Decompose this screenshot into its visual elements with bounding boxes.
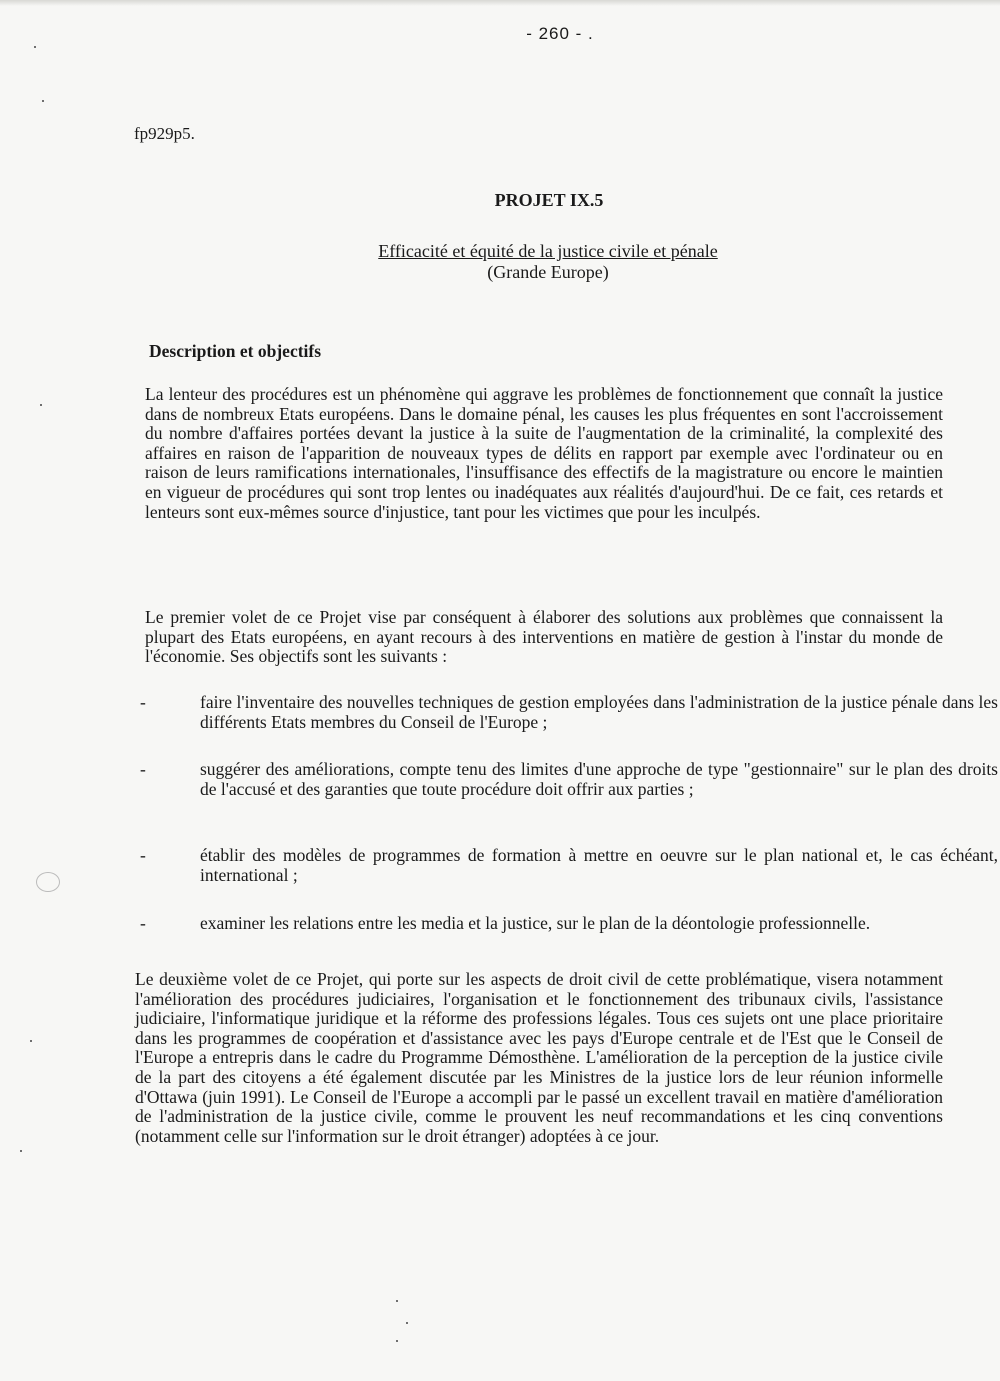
document-page: - 260 - . fp929p5. PROJET IX.5 Efficacit…	[0, 0, 1000, 1381]
project-subtitle: Efficacité et équité de la justice civil…	[0, 241, 1000, 283]
scan-edge	[0, 0, 1000, 6]
list-item-text: faire l'inventaire des nouvelles techniq…	[200, 692, 998, 732]
bullet-dash: -	[140, 760, 146, 780]
scan-speck	[396, 1340, 398, 1342]
list-item-text: établir des modèles de programmes de for…	[200, 845, 998, 885]
scan-speck	[30, 1040, 32, 1042]
project-title: PROJET IX.5	[0, 190, 1000, 211]
list-item: - faire l'inventaire des nouvelles techn…	[140, 693, 998, 732]
scan-speck	[34, 46, 36, 48]
scan-speck	[40, 404, 42, 406]
bullet-dash: -	[140, 914, 146, 934]
list-item-text: examiner les relations entre les media e…	[200, 913, 870, 933]
list-item: - suggérer des améliorations, compte ten…	[140, 760, 998, 799]
list-item-text: suggérer des améliorations, compte tenu …	[200, 759, 998, 799]
list-item: - établir des modèles de programmes de f…	[140, 846, 998, 885]
page-number: - 260 - .	[0, 24, 1000, 44]
reference-code: fp929p5.	[134, 124, 195, 144]
scan-speck	[396, 1300, 398, 1302]
punch-hole-mark	[36, 872, 60, 892]
paragraph-intro: La lenteur des procédures est un phénomè…	[145, 385, 943, 522]
paragraph-second-part: Le deuxième volet de ce Projet, qui port…	[135, 970, 943, 1146]
list-item: - examiner les relations entre les media…	[140, 914, 998, 934]
subtitle-region: (Grande Europe)	[96, 262, 1000, 283]
paragraph-first-part: Le premier volet de ce Projet vise par c…	[145, 608, 943, 667]
scan-speck	[20, 1150, 22, 1152]
subtitle-underlined: Efficacité et équité de la justice civil…	[96, 241, 1000, 262]
section-heading: Description et objectifs	[149, 341, 321, 362]
scan-speck	[406, 1322, 408, 1324]
bullet-dash: -	[140, 846, 146, 866]
bullet-dash: -	[140, 693, 146, 713]
scan-speck	[42, 100, 44, 102]
